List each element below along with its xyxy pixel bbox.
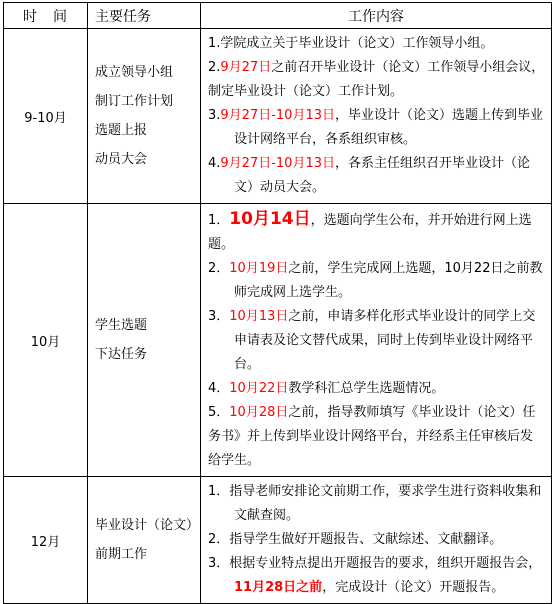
text-run: 1．指导老师安排论文前期工作，要求学生进行资料收集和文献查阅。 <box>208 484 541 523</box>
content-item: 2．指导学生做好开题报告、文献综述、文献翻译。 <box>208 528 545 552</box>
task-line: 毕业设计（论文） <box>95 511 196 540</box>
content-item: 3.9月27日-10月13日，毕业设计（论文）选题上传到毕业设计网络平台，各系组… <box>208 104 545 152</box>
text-run: 9月27日 <box>220 60 271 75</box>
table-row: 12月毕业设计（论文）前期工作1．指导老师安排论文前期工作，要求学生进行资料收集… <box>4 477 552 604</box>
text-run: 4. <box>208 156 220 171</box>
task-line: 选题上报 <box>95 116 196 145</box>
text-run: 9月27日-10月13日 <box>220 108 335 123</box>
table-row: 10月学生选题下达任务1．10月14日，选题向学生公布，并开始进行网上选题。2．… <box>4 204 552 477</box>
text-run: 10月22日 <box>229 381 288 396</box>
schedule-table-body: 9-10月成立领导小组制订工作计划选题上报动员大会1.学院成立关于毕业设计（论文… <box>4 29 552 604</box>
content-item: 3．10月13日之前，申请多样化形式毕业设计的同学上交申请表及论文替代成果，同时… <box>208 305 545 377</box>
text-run: 2. <box>208 60 220 75</box>
content-cell: 1．10月14日，选题向学生公布，并开始进行网上选题。2．10月19日之前，学生… <box>201 204 552 477</box>
content-item: 1.学院成立关于毕业设计（论文）工作领导小组。 <box>208 32 545 56</box>
text-run: 4． <box>208 381 229 396</box>
content-cell: 1.学院成立关于毕业设计（论文）工作领导小组。2.9月27日之前召开毕业设计（论… <box>201 29 552 204</box>
content-item: 4.9月27日-10月13日，各系主任组织召开毕业设计（论文）动员大会。 <box>208 152 545 200</box>
table-header: 时 间 主要任务 工作内容 <box>4 3 552 29</box>
task-line: 成立领导小组 <box>95 58 196 87</box>
task-line: 前期工作 <box>95 540 196 569</box>
text-run: 教学科汇总学生选题情况。 <box>288 381 444 396</box>
content-item: 1．指导老师安排论文前期工作，要求学生进行资料收集和文献查阅。 <box>208 480 545 528</box>
task-line: 下达任务 <box>95 340 196 369</box>
content-item: 5．10月28日之前，指导教师填写《毕业设计（论文）任务书》并上传到毕业设计网络… <box>208 401 545 473</box>
text-run: 3. <box>208 108 220 123</box>
text-run: 10月14日 <box>229 209 310 229</box>
text-run: 9月27日-10月13日 <box>220 156 335 171</box>
content-cell: 1．指导老师安排论文前期工作，要求学生进行资料收集和文献查阅。2．指导学生做好开… <box>201 477 552 604</box>
text-run: 10月19日 <box>229 261 288 276</box>
content-item: 4．10月22日教学科汇总学生选题情况。 <box>208 377 545 401</box>
text-run: 2．指导学生做好开题报告、文献综述、文献翻译。 <box>208 532 502 547</box>
task-line: 制订工作计划 <box>95 87 196 116</box>
text-run: 2． <box>208 261 229 276</box>
header-task: 主要任务 <box>88 3 201 29</box>
table-row: 9-10月成立领导小组制订工作计划选题上报动员大会1.学院成立关于毕业设计（论文… <box>4 29 552 204</box>
task-line: 动员大会 <box>95 145 196 174</box>
time-cell: 10月 <box>4 204 88 477</box>
task-cell: 成立领导小组制订工作计划选题上报动员大会 <box>88 29 201 204</box>
content-item: 2．10月19日之前，学生完成网上选题，10月22日之前教师完成网上选学生。 <box>208 257 545 305</box>
text-run: 11月28日之前 <box>234 580 322 595</box>
task-cell: 学生选题下达任务 <box>88 204 201 477</box>
schedule-table: 时 间 主要任务 工作内容 9-10月成立领导小组制订工作计划选题上报动员大会1… <box>3 2 552 604</box>
text-run: 1.学院成立关于毕业设计（论文）工作领导小组。 <box>208 36 493 51</box>
header-row: 时 间 主要任务 工作内容 <box>4 3 552 29</box>
task-line: 学生选题 <box>95 311 196 340</box>
content-item: 3．根据专业特点提出开题报告的要求，组织开题报告会，11月28日之前，完成设计（… <box>208 552 545 600</box>
text-run: 3． <box>208 309 229 324</box>
content-item: 2.9月27日之前召开毕业设计（论文）工作领导小组会议，制定毕业设计（论文）工作… <box>208 56 545 104</box>
header-time: 时 间 <box>4 3 88 29</box>
text-run: 5． <box>208 405 229 420</box>
text-run: 10月13日 <box>229 309 288 324</box>
text-run: 1． <box>208 213 229 228</box>
content-item: 1．10月14日，选题向学生公布，并开始进行网上选题。 <box>208 207 545 257</box>
text-run: 10月28日 <box>229 405 288 420</box>
text-run: 3．根据专业特点提出开题报告的要求，组织开题报告会， <box>208 556 541 571</box>
task-cell: 毕业设计（论文）前期工作 <box>88 477 201 604</box>
time-cell: 12月 <box>4 477 88 604</box>
header-content: 工作内容 <box>201 3 552 29</box>
time-cell: 9-10月 <box>4 29 88 204</box>
text-run: ，完成设计（论文）开题报告。 <box>322 580 504 595</box>
